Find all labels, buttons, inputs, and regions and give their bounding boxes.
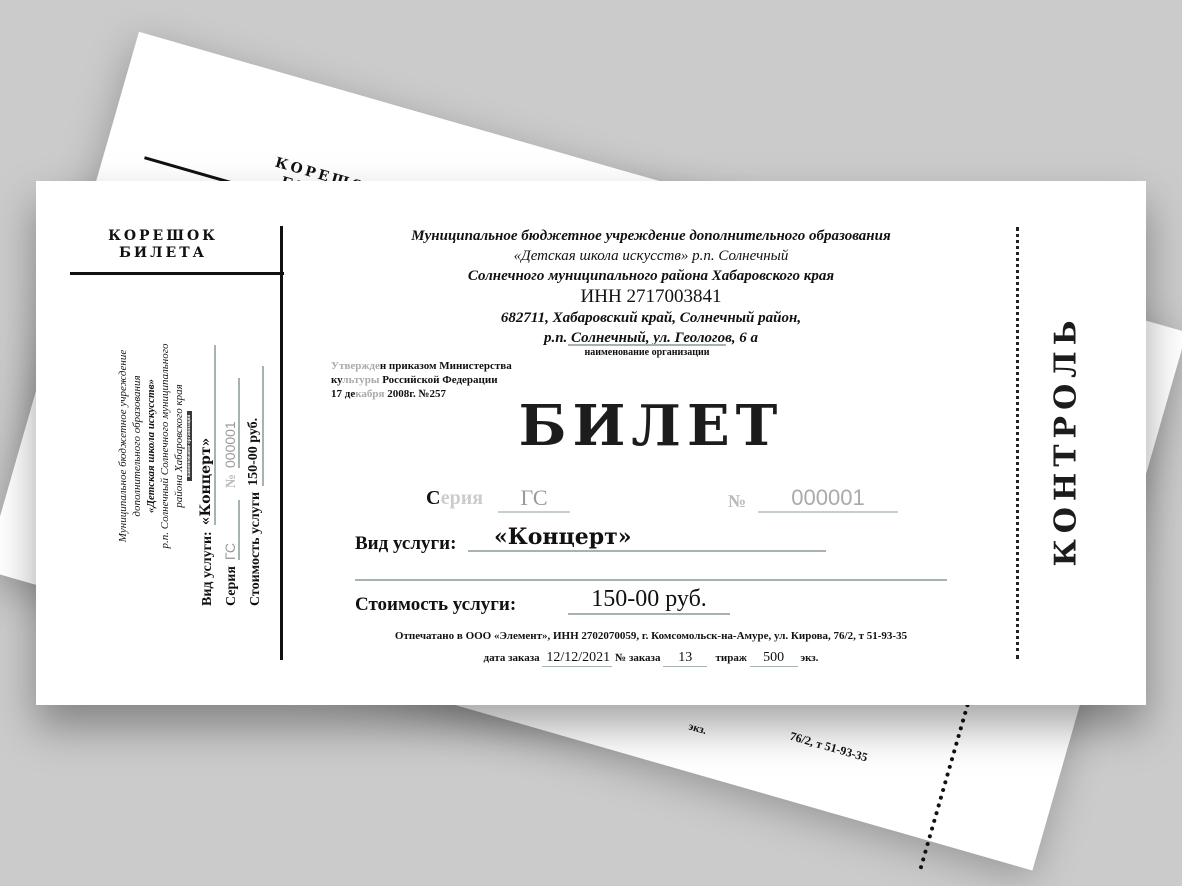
stub-series-row: Серия ГС № 000001 — [222, 286, 240, 606]
stub-number-value: 000001 — [222, 378, 240, 468]
stub-service-value: «Концерт» — [198, 345, 216, 525]
stub-org-caption: наименование организации — [187, 411, 192, 481]
organization-header: Муниципальное бюджетное учреждение допол… — [336, 226, 966, 348]
stub-series-value: ГС — [222, 500, 240, 560]
separator-line — [355, 579, 947, 581]
ticket-title: БИЛЕТ — [336, 393, 966, 459]
number-label: № — [728, 491, 746, 512]
stub-title: КОРЕШОК БИЛЕТА — [36, 228, 290, 262]
service-label: Вид услуги: — [355, 533, 456, 555]
stub-divider — [70, 272, 284, 275]
perforation-line — [1016, 227, 1019, 659]
front-ticket: КОРЕШОК БИЛЕТА Муниципальное бюджетное у… — [36, 181, 1146, 705]
order-number: 13 — [663, 650, 707, 667]
print-run: 500 — [750, 650, 798, 667]
order-date: 12/12/2021 — [542, 650, 612, 667]
stub-cost-value: 150-00 руб. — [246, 366, 264, 486]
series-label: Серия — [426, 487, 483, 510]
ticket-number: 000001 — [758, 485, 898, 513]
cost-label: Стоимость услуги: — [355, 594, 516, 616]
inn: ИНН 2717003841 — [336, 286, 966, 308]
cost-value: 150-00 руб. — [568, 586, 730, 615]
printer-info: Отпечатано в ООО «Элемент», ИНН 27020700… — [336, 630, 966, 642]
series-value: ГС — [498, 485, 570, 513]
back-copies-fragment: экз. — [687, 721, 708, 738]
service-value: «Концерт» — [468, 524, 826, 552]
order-info: дата заказа 12/12/2021 № заказа 13 тираж… — [336, 650, 966, 667]
back-printer-fragment: 76/2, т 51-93-35 — [788, 729, 869, 766]
stub-cost-row: Стоимость услуги 150-00 руб. — [246, 286, 264, 606]
stub-separator — [280, 226, 283, 660]
stub-service-row: Вид услуги: «Концерт» — [198, 286, 216, 606]
stub-organization: Муниципальное бюджетное учреждение допол… — [116, 286, 186, 606]
org-caption: наименование организации — [568, 344, 726, 358]
